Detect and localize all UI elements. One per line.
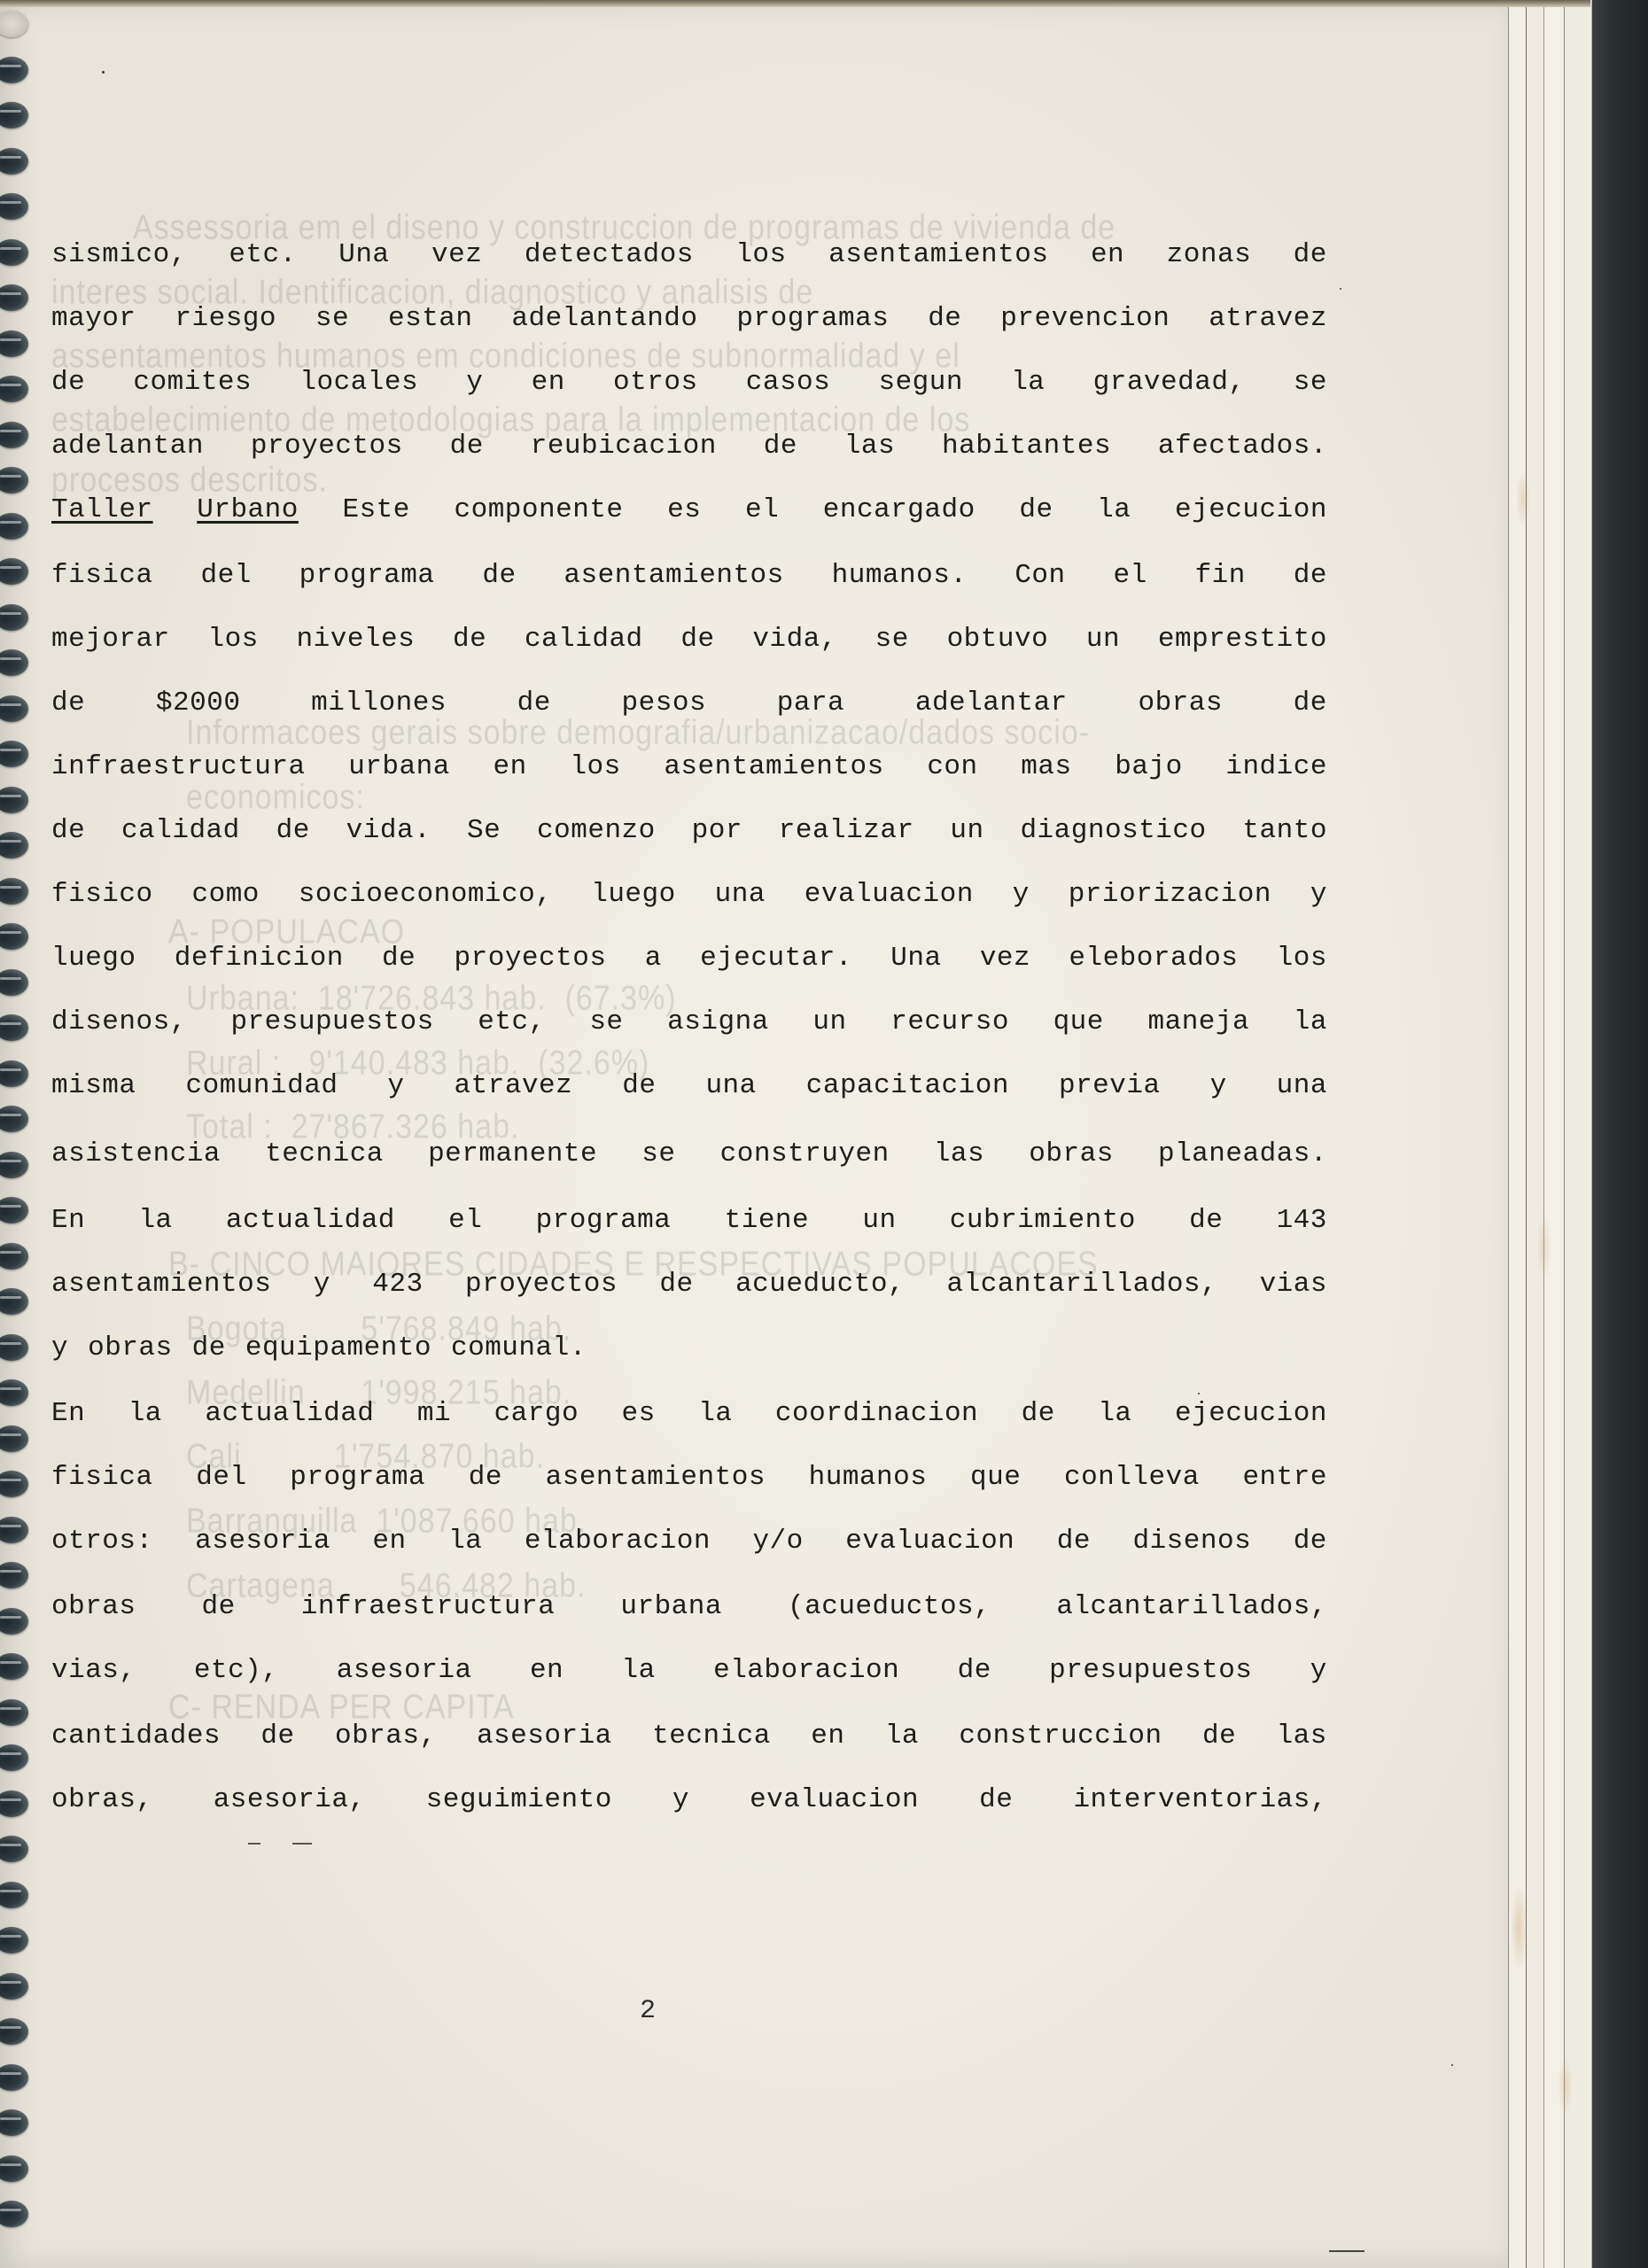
text-line: de comites locales y en otros casos segu…	[51, 367, 1327, 398]
text-line: obras, asesoria, seguimiento y evaluacio…	[51, 1784, 1327, 1815]
stray-mark	[248, 1843, 260, 1845]
scanner-background	[1590, 0, 1648, 2268]
text-line: asentamientos y 423 proyectos de acueduc…	[51, 1269, 1327, 1300]
body-text: sismico, etc. Una vez detectados los ase…	[0, 0, 1506, 2268]
section-heading-line: Taller Urbano Este componente es el enca…	[51, 494, 1327, 525]
section-heading: Urbano	[197, 494, 299, 525]
text-line: fisica del programa de asentamientos hum…	[51, 1462, 1327, 1493]
paper-speck	[102, 71, 105, 74]
text-line: fisica del programa de asentamientos hum…	[51, 560, 1327, 591]
text-line: obras de infraestructura urbana (acueduc…	[51, 1591, 1327, 1622]
paper-speck	[1451, 2064, 1453, 2066]
text-line: y obras de equipamento comunal.	[51, 1332, 1327, 1363]
text-line: otros: asesoria en la elaboracion y/o ev…	[51, 1526, 1327, 1557]
text-line: adelantan proyectos de reubicacion de la…	[51, 431, 1327, 462]
text-line: cantidades de obras, asesoria tecnica en…	[51, 1720, 1327, 1751]
text-line: de $2000 millones de pesos para adelanta…	[51, 687, 1327, 718]
text-line: infraestructura urbana en los asentamien…	[51, 751, 1327, 782]
text-line: mejorar los niveles de calidad de vida, …	[51, 624, 1327, 655]
section-heading: Taller	[51, 494, 153, 525]
stray-mark	[292, 1843, 312, 1845]
text-line: fisico como socioeconomico, luego una ev…	[51, 879, 1327, 910]
paper-speck	[1198, 1393, 1200, 1394]
text-line: de calidad de vida. Se comenzo por reali…	[51, 815, 1327, 846]
text-line: sismico, etc. Una vez detectados los ase…	[51, 239, 1327, 270]
text-line: mayor riesgo se estan adelantando progra…	[51, 303, 1327, 334]
stray-mark	[1329, 2250, 1364, 2252]
text-line: En la actualidad el programa tiene un cu…	[51, 1205, 1327, 1236]
page-edge-stains	[1506, 0, 1590, 2268]
paper-speck	[1340, 288, 1341, 290]
text-line: disenos, presupuestos etc, se asigna un …	[51, 1006, 1327, 1037]
text-line: asistencia tecnica permanente se constru…	[51, 1138, 1327, 1169]
text-line: misma comunidad y atravez de una capacit…	[51, 1070, 1327, 1101]
text-line: En la actualidad mi cargo es la coordina…	[51, 1398, 1327, 1429]
page-number: 2	[640, 1996, 656, 2026]
text-line: vias, etc), asesoria en la elaboracion d…	[51, 1655, 1327, 1686]
document-page: Assessoria em el diseno y construccion d…	[0, 0, 1509, 2268]
text-line: luego definicion de proyectos a ejecutar…	[51, 943, 1327, 974]
